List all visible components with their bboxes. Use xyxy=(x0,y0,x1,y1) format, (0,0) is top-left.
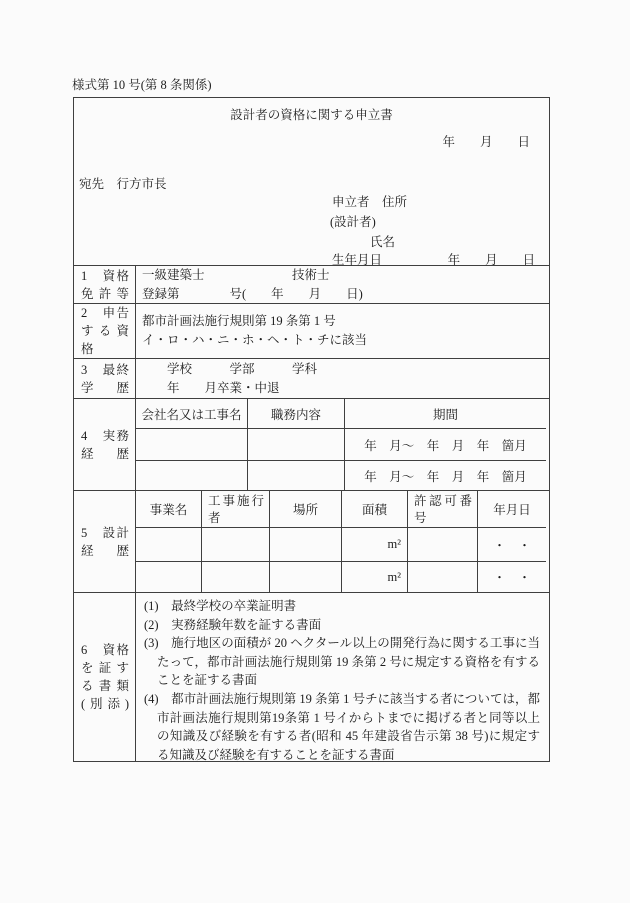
design-permit-cell-2 xyxy=(408,562,478,592)
document-page: 様式第 10 号(第 8 条関係) 設計者の資格に関する申立書 年 月 日 宛先… xyxy=(0,0,630,903)
design-contractor-cell-1 xyxy=(202,528,270,562)
application-form-table: 設計者の資格に関する申立書 年 月 日 宛先 行方市長 申立者 住所 (設計者)… xyxy=(73,97,550,762)
design-col-project: 事業名 xyxy=(136,491,202,528)
section-label-line: 学歴 xyxy=(81,379,129,397)
license-type-line: 一級建築士 技術士 xyxy=(142,266,549,285)
work-history-company-cell-1 xyxy=(136,429,248,461)
applicant-name-line: 氏名 xyxy=(370,232,395,250)
declared-qualification-content: 都市計画法施行規則第 19 条第 1 号 イ・ロ・ハ・ニ・ホ・ヘ・ト・チに該当 xyxy=(136,304,549,358)
certifying-documents-list: (1) 最終学校の卒業証明書 (2) 実務経験年数を証する書面 (3) 施行地区… xyxy=(136,593,549,761)
work-history-col-duty: 職務内容 xyxy=(248,399,345,429)
row-final-education: 3 最終 学歴 学校 学部 学科 年 月卒業・中退 xyxy=(74,358,549,398)
row-qualification-license: 1 資格 免許等 一級建築士 技術士 登録第 号( 年 月 日) xyxy=(74,265,549,303)
design-history-table: 事業名 工事施行者 場所 面積 許認可番号 年月日 m² ・ ・ m² ・ ・ xyxy=(136,491,549,592)
design-col-location: 場所 xyxy=(270,491,342,528)
work-history-duty-cell-1 xyxy=(248,429,345,461)
document-list-item-1: (1) 最終学校の卒業証明書 xyxy=(144,597,540,616)
section-label-line: 1 資格 xyxy=(81,267,129,285)
design-permit-cell-1 xyxy=(408,528,478,562)
row-declared-qualification: 2 申告 する資 格 都市計画法施行規則第 19 条第 1 号 イ・ロ・ハ・ニ・… xyxy=(74,303,549,358)
design-location-cell-2 xyxy=(270,562,342,592)
document-list-item-2: (2) 実務経験年数を証する書面 xyxy=(144,616,540,635)
row-work-history: 4 実務 経歴 会社名又は工事名 職務内容 期間 年 月～ 年 月 年 箇月 年… xyxy=(74,398,549,490)
applicant-address-line: 申立者 住所 xyxy=(332,192,407,210)
work-history-duty-cell-2 xyxy=(248,461,345,490)
section-label-line: 免許等 xyxy=(81,285,129,303)
design-date-cell-2: ・ ・ xyxy=(478,562,546,592)
design-location-cell-1 xyxy=(270,528,342,562)
row-design-history: 5 設計 経歴 事業名 工事施行者 場所 面積 許認可番号 年月日 m² ・ ・ xyxy=(74,490,549,592)
applicant-designer-line: (設計者) xyxy=(330,212,376,230)
applicant-birthdate-line: 生年月日 年 月 日 xyxy=(332,250,535,268)
work-history-col-company: 会社名又は工事名 xyxy=(136,399,248,429)
section-label-education: 3 最終 学歴 xyxy=(74,359,136,398)
design-col-contractor: 工事施行者 xyxy=(202,491,270,528)
submission-date-line: 年 月 日 xyxy=(442,132,530,150)
work-history-period-cell-1: 年 月～ 年 月 年 箇月 xyxy=(345,429,546,461)
work-history-table: 会社名又は工事名 職務内容 期間 年 月～ 年 月 年 箇月 年 月～ 年 月 … xyxy=(136,399,549,490)
design-col-area: 面積 xyxy=(342,491,408,528)
section-label-line: (別添) xyxy=(81,695,129,713)
section-label-qualification: 1 資格 免許等 xyxy=(74,266,136,303)
work-history-period-cell-2: 年 月～ 年 月 年 箇月 xyxy=(345,461,546,490)
design-col-permit: 許認可番号 xyxy=(408,491,478,528)
section-label-line: 2 申告 xyxy=(81,304,129,322)
design-project-cell-2 xyxy=(136,562,202,592)
form-number: 様式第 10 号(第 8 条関係) xyxy=(72,75,212,93)
work-history-company-cell-2 xyxy=(136,461,248,490)
qualification-content: 一級建築士 技術士 登録第 号( 年 月 日) xyxy=(136,266,549,303)
section-label-line: る書類 xyxy=(81,677,129,695)
design-date-cell-1: ・ ・ xyxy=(478,528,546,562)
addressee-line: 宛先 行方市長 xyxy=(79,174,167,192)
section-label-line: 経歴 xyxy=(81,445,129,463)
education-content: 学校 学部 学科 年 月卒業・中退 xyxy=(136,359,549,398)
school-line: 学校 学部 学科 xyxy=(142,360,549,379)
design-col-date: 年月日 xyxy=(478,491,546,528)
section-label-certifying-documents: 6 資格 を証す る書類 (別添) xyxy=(74,593,136,761)
section-label-line: 4 実務 xyxy=(81,427,129,445)
design-project-cell-1 xyxy=(136,528,202,562)
design-area-cell-2: m² xyxy=(342,562,408,592)
section-label-line: 経歴 xyxy=(81,542,129,560)
document-list-item-3: (3) 施行地区の面積が 20 ヘクタール以上の開発行為に関する工事に当たって，… xyxy=(144,634,540,690)
section-label-work-history: 4 実務 経歴 xyxy=(74,399,136,490)
section-label-line: 6 資格 xyxy=(81,641,129,659)
applicable-items-line: イ・ロ・ハ・ニ・ホ・ヘ・ト・チに該当 xyxy=(142,331,549,350)
row-certifying-documents: 6 資格 を証す る書類 (別添) (1) 最終学校の卒業証明書 (2) 実務経… xyxy=(74,592,549,761)
design-contractor-cell-2 xyxy=(202,562,270,592)
document-list-item-4: (4) 都市計画法施行規則第 19 条第 1 号チに該当する者については，都市計… xyxy=(144,690,540,764)
design-area-cell-1: m² xyxy=(342,528,408,562)
graduation-line: 年 月卒業・中退 xyxy=(142,379,549,398)
document-title: 設計者の資格に関する申立書 xyxy=(74,105,549,123)
section-label-line: 5 設計 xyxy=(81,524,129,542)
section-label-line: 3 最終 xyxy=(81,361,129,379)
license-registration-line: 登録第 号( 年 月 日) xyxy=(142,285,549,304)
section-label-declared-qualification: 2 申告 する資 格 xyxy=(74,304,136,358)
section-label-line: を証す xyxy=(81,659,129,677)
work-history-col-period: 期間 xyxy=(345,399,546,429)
section-label-design-history: 5 設計 経歴 xyxy=(74,491,136,592)
form-header-section: 設計者の資格に関する申立書 年 月 日 宛先 行方市長 申立者 住所 (設計者)… xyxy=(74,98,549,265)
regulation-reference-line: 都市計画法施行規則第 19 条第 1 号 xyxy=(142,312,549,331)
section-label-line: 格 xyxy=(81,340,129,358)
section-label-line: する資 xyxy=(81,322,129,340)
